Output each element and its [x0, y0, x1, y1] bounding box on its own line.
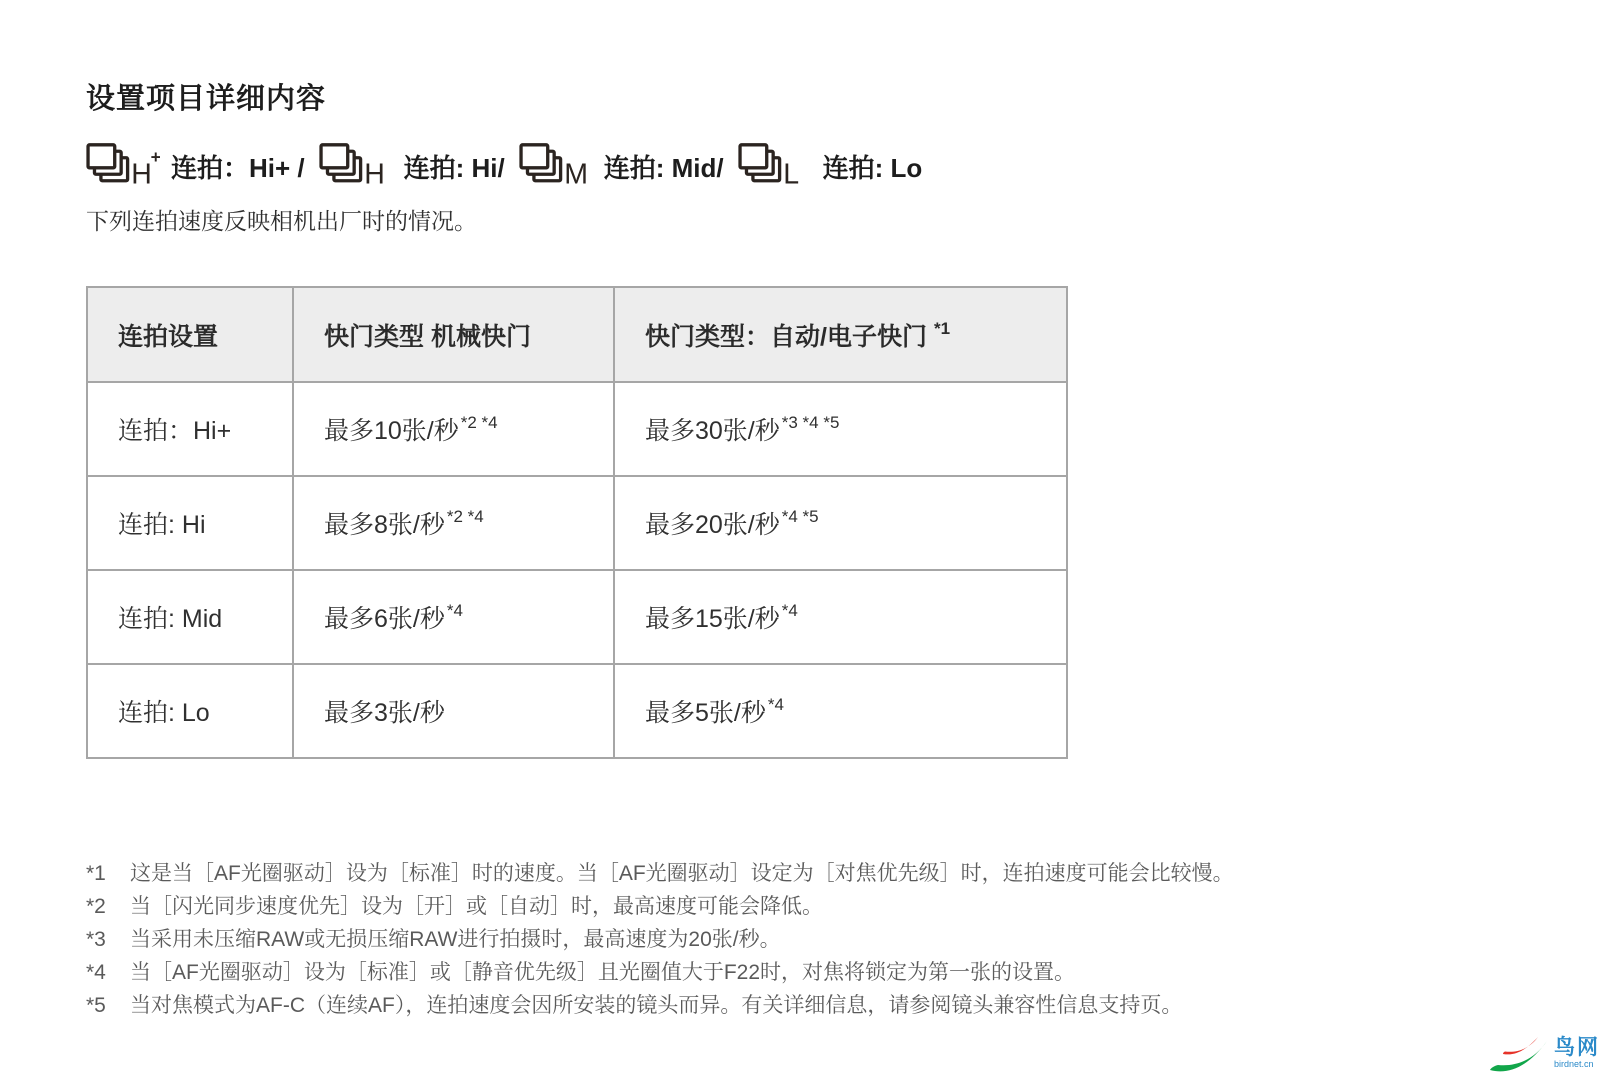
header-mechanical-shutter: 快门类型 机械快门 [293, 287, 614, 382]
header-electronic-shutter: 快门类型：自动/电子快门*1 [614, 287, 1067, 382]
footnote-2: *2 当［闪光同步速度优先］设为［开］或［自动］时，最高速度可能会降低。 [86, 890, 1544, 923]
burst-mode-label: 连拍: Hi/ [404, 148, 505, 185]
birdnet-logo-text: 鸟网 birdnet.cn [1554, 1037, 1600, 1069]
footnote-text: 当采用未压缩RAW或无损压缩RAW进行拍摄时，最高速度为20张/秒。 [130, 923, 781, 956]
footnote-ref: *4 [768, 695, 784, 714]
cell-mechanical: 最多3张/秒 [293, 664, 614, 758]
burst-mode-label: 连拍: Mid/ [604, 148, 724, 185]
footnote-marker: *4 [86, 956, 130, 989]
burst-mode-item-hi: H 连拍: Hi/ [319, 143, 505, 189]
burst-mode-line: H + 连拍：Hi+ / H 连拍: Hi/ M 连拍: [86, 141, 1544, 191]
table-header-row: 连拍设置 快门类型 机械快门 快门类型：自动/电子快门*1 [87, 287, 1067, 382]
burst-mid-icon: M [519, 143, 593, 189]
header-footnote-ref: *1 [934, 319, 950, 338]
cell-electronic: 最多20张/秒*4 *5 [614, 476, 1067, 570]
footnote-ref: *4 [447, 601, 463, 620]
footnote-3: *3 当采用未压缩RAW或无损压缩RAW进行拍摄时，最高速度为20张/秒。 [86, 923, 1544, 956]
birdnet-swoosh-icon [1489, 1032, 1551, 1074]
cell-setting: 连拍: Hi [87, 476, 293, 570]
footnote-1: *1 这是当［AF光圈驱动］设为［标准］时的速度。当［AF光圈驱动］设定为［对焦… [86, 857, 1544, 890]
footnote-marker: *3 [86, 923, 130, 956]
svg-text:H: H [364, 158, 385, 189]
burst-hi-plus-icon: H + [86, 143, 160, 189]
burst-mode-item-lo: L 连拍: Lo [738, 143, 923, 189]
header-setting: 连拍设置 [87, 287, 293, 382]
burst-hi-icon: H [319, 143, 393, 189]
table-row-mid: 连拍: Mid 最多6张/秒*4 最多15张/秒*4 [87, 570, 1067, 664]
footnote-5: *5 当对焦模式为AF-C（连续AF），连拍速度会因所安装的镜头而异。有关详细信… [86, 989, 1544, 1022]
footnotes-section: *1 这是当［AF光圈驱动］设为［标准］时的速度。当［AF光圈驱动］设定为［对焦… [86, 857, 1544, 1022]
footnote-text: 这是当［AF光圈驱动］设为［标准］时的速度。当［AF光圈驱动］设定为［对焦优先级… [130, 857, 1234, 890]
birdnet-logo-name: 鸟网 [1554, 1037, 1600, 1058]
footnote-marker: *1 [86, 857, 130, 890]
footnote-text: 当对焦模式为AF-C（连续AF），连拍速度会因所安装的镜头而异。有关详细信息，请… [130, 989, 1182, 1022]
footnote-ref: *2 *4 [461, 413, 498, 432]
footnote-ref: *4 [782, 601, 798, 620]
svg-text:+: + [151, 147, 160, 167]
table-row-hi-plus: 连拍：Hi+ 最多10张/秒*2 *4 最多30张/秒*3 *4 *5 [87, 382, 1067, 476]
page-content: 设置项目详细内容 H + 连拍：Hi+ / H 连拍: Hi/ [0, 76, 1604, 1022]
footnote-4: *4 当［AF光圈驱动］设为［标准］或［静音优先级］且光圈值大于F22时，对焦将… [86, 956, 1544, 989]
cell-setting: 连拍: Mid [87, 570, 293, 664]
svg-text:M: M [564, 158, 588, 189]
table-row-lo: 连拍: Lo 最多3张/秒 最多5张/秒*4 [87, 664, 1067, 758]
svg-text:L: L [783, 158, 799, 189]
footnote-text: 当［AF光圈驱动］设为［标准］或［静音优先级］且光圈值大于F22时，对焦将锁定为… [130, 956, 1075, 989]
cell-electronic: 最多30张/秒*3 *4 *5 [614, 382, 1067, 476]
burst-mode-item-mid: M 连拍: Mid/ [519, 143, 724, 189]
cell-setting: 连拍: Lo [87, 664, 293, 758]
intro-text: 下列连拍速度反映相机出厂时的情况。 [86, 203, 1544, 236]
cell-setting: 连拍：Hi+ [87, 382, 293, 476]
burst-mode-label: 连拍：Hi+ / [171, 148, 305, 185]
svg-text:H: H [131, 158, 152, 189]
cell-electronic: 最多5张/秒*4 [614, 664, 1067, 758]
page-title: 设置项目详细内容 [86, 76, 1544, 117]
burst-mode-item-hi-plus: H + 连拍：Hi+ / [86, 143, 305, 189]
cell-mechanical: 最多6张/秒*4 [293, 570, 614, 664]
cell-electronic: 最多15张/秒*4 [614, 570, 1067, 664]
footnote-marker: *2 [86, 890, 130, 923]
burst-mode-label: 连拍: Lo [823, 148, 923, 185]
footnote-text: 当［闪光同步速度优先］设为［开］或［自动］时，最高速度可能会降低。 [130, 890, 823, 923]
footnote-marker: *5 [86, 989, 130, 1022]
birdnet-logo-domain: birdnet.cn [1554, 1060, 1594, 1069]
footnote-ref: *2 *4 [447, 507, 484, 526]
footnote-ref: *4 *5 [782, 507, 819, 526]
burst-lo-icon: L [738, 143, 812, 189]
cell-mechanical: 最多10张/秒*2 *4 [293, 382, 614, 476]
table-row-hi: 连拍: Hi 最多8张/秒*2 *4 最多20张/秒*4 *5 [87, 476, 1067, 570]
birdnet-watermark: 鸟网 birdnet.cn [1489, 1032, 1600, 1074]
footnote-ref: *3 *4 *5 [782, 413, 840, 432]
cell-mechanical: 最多8张/秒*2 *4 [293, 476, 614, 570]
burst-speed-table: 连拍设置 快门类型 机械快门 快门类型：自动/电子快门*1 连拍：Hi+ 最多1… [86, 286, 1068, 759]
